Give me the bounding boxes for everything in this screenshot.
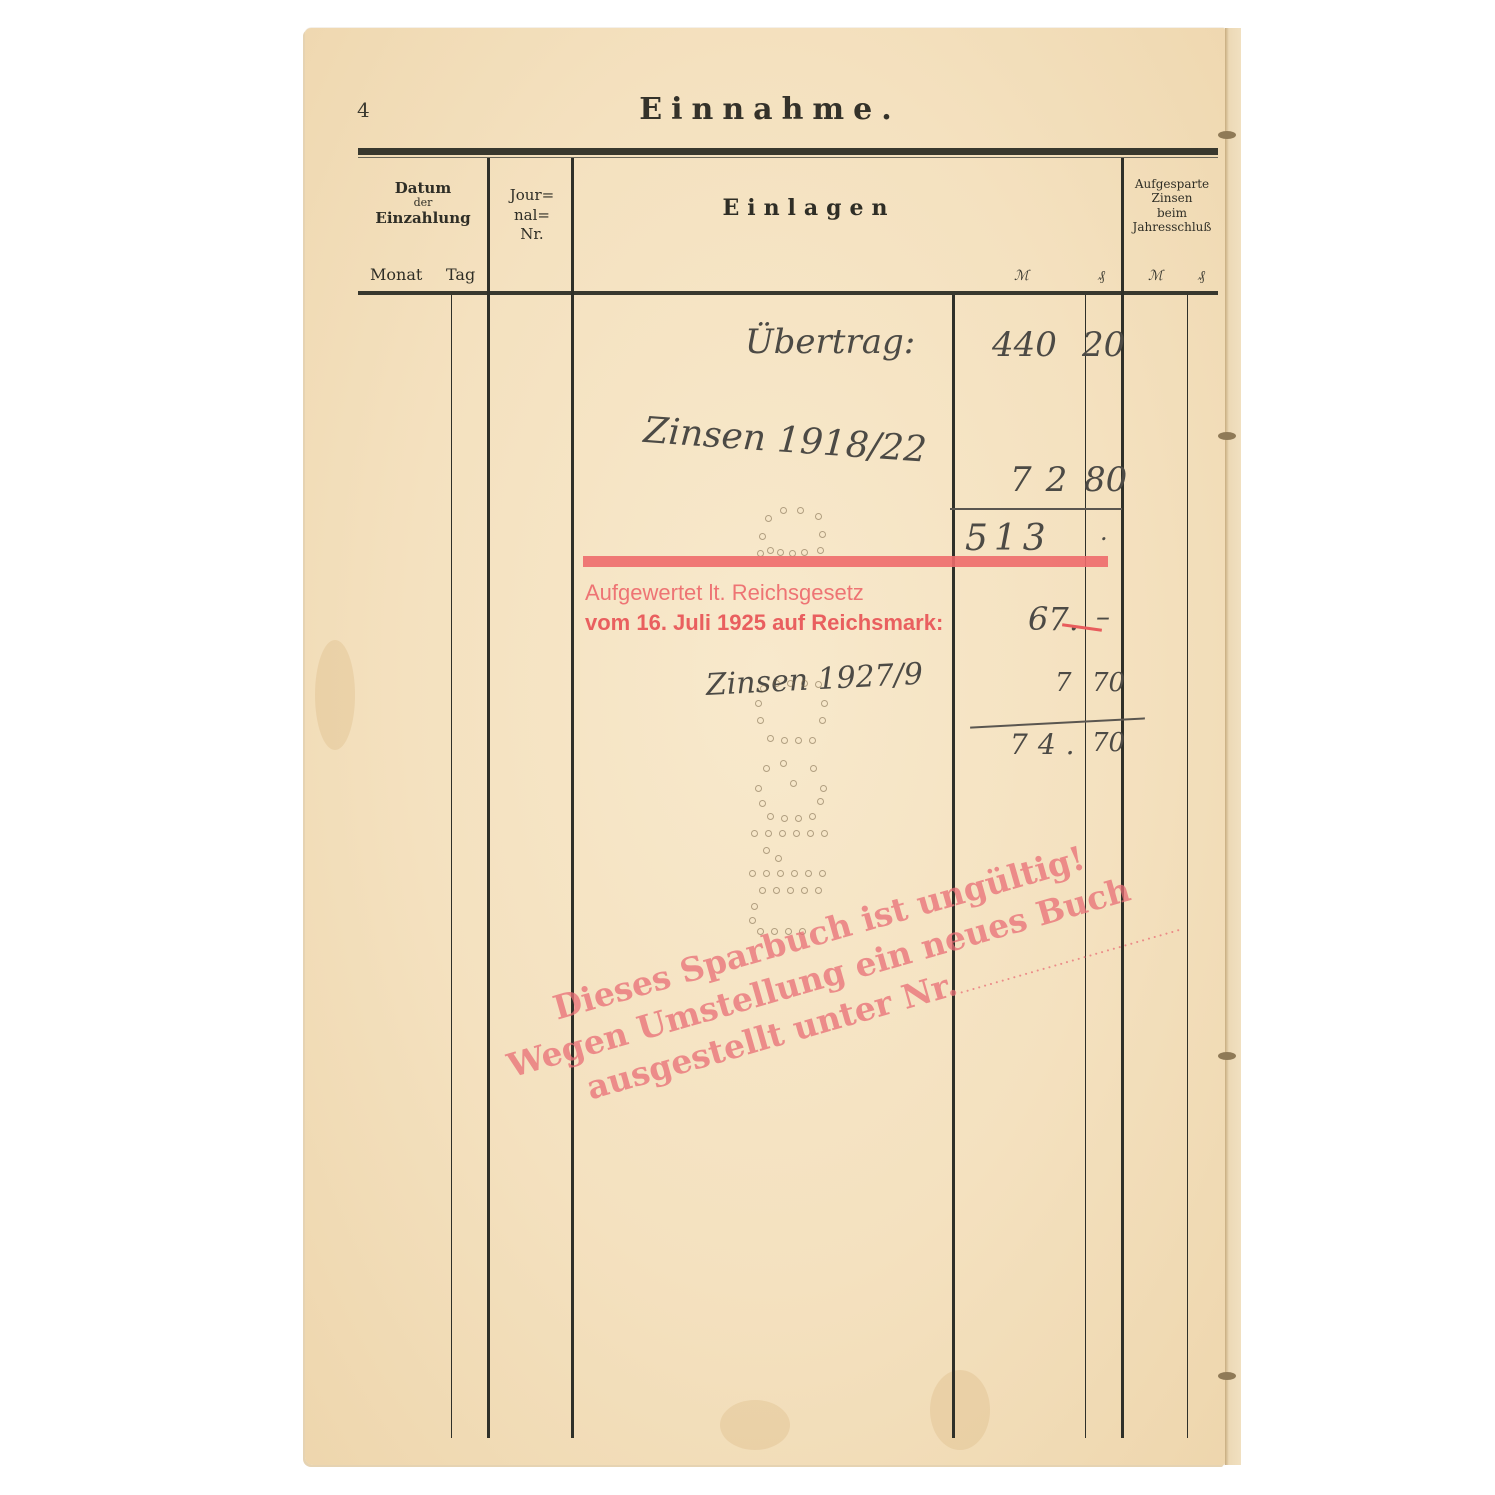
paper-stain <box>720 1400 790 1450</box>
header-datum-line3: Einzahlung <box>362 210 484 227</box>
header-journal-line2: nal= <box>496 206 568 226</box>
header-journal: Jour= nal= Nr. <box>496 186 568 245</box>
entry-text: Übertrag: <box>745 322 915 362</box>
header-day: Tag <box>446 266 475 284</box>
entry-pfennig: 70 <box>1092 668 1125 698</box>
sum-line <box>950 508 1122 510</box>
header-month: Monat <box>370 266 422 284</box>
binding-stitch <box>1218 131 1236 139</box>
column-divider-month-day <box>451 295 452 1438</box>
column-divider-journal-einlagen <box>571 158 574 1438</box>
page-number: 4 <box>357 98 370 122</box>
revaluation-stamp-line2: vom 16. Juli 1925 auf Reichsmark: <box>585 608 943 638</box>
entry-pfennig: 80 <box>1084 460 1127 500</box>
binding-fold <box>1225 28 1241 1465</box>
entry-mark: 74. <box>1010 728 1085 761</box>
entry-mark: 67. <box>1028 600 1079 638</box>
header-zinsen-line1: Aufgesparte <box>1124 177 1220 191</box>
binding-stitch <box>1218 1372 1236 1380</box>
header-journal-line1: Jour= <box>496 186 568 206</box>
binding-stitch <box>1218 432 1236 440</box>
header-datum-line1: Datum <box>362 180 484 197</box>
revaluation-stamp-line1: Aufgewertet lt. Reichsgesetz <box>585 578 943 608</box>
entry-pfennig: . <box>1100 518 1108 546</box>
pfennig-symbol-icon: ₰ <box>1198 268 1205 285</box>
paper-stain <box>315 640 355 750</box>
entry-mark: 513 <box>965 518 1052 559</box>
header-datum: Datum der Einzahlung <box>362 180 484 227</box>
column-divider-zinsen-mark-pfennig <box>1187 295 1188 1438</box>
column-divider-date-journal <box>487 158 490 1438</box>
entry-pfennig: 70 <box>1092 728 1125 758</box>
paper-stain <box>930 1370 990 1450</box>
pfennig-symbol-icon: ₰ <box>1098 268 1105 285</box>
header-zinsen-line4: Jahresschluß <box>1124 220 1220 234</box>
entry-mark: 440 <box>992 325 1057 365</box>
header-zinsen-line2: Zinsen <box>1124 191 1220 205</box>
page-title: Einnahme. <box>580 92 960 127</box>
stamp-red-bar <box>583 556 1108 567</box>
header-journal-line3: Nr. <box>496 225 568 245</box>
mark-symbol-icon: ℳ <box>1014 268 1029 284</box>
entry-mark: 7 <box>1055 668 1072 698</box>
revaluation-stamp: Aufgewertet lt. Reichsgesetz vom 16. Jul… <box>585 578 943 637</box>
header-einlagen: Einlagen <box>575 196 953 221</box>
mark-symbol-icon: ℳ <box>1148 268 1163 284</box>
entry-mark: 72 <box>1010 460 1081 500</box>
header-zinsen: Aufgesparte Zinsen beim Jahresschluß <box>1124 177 1220 235</box>
entry-pfennig: 20 <box>1082 325 1125 365</box>
header-datum-line2: der <box>362 197 484 210</box>
binding-stitch <box>1218 1052 1236 1060</box>
header-top-rule <box>358 148 1218 155</box>
header-zinsen-line3: beim <box>1124 206 1220 220</box>
column-divider-text-amount <box>952 295 955 1438</box>
